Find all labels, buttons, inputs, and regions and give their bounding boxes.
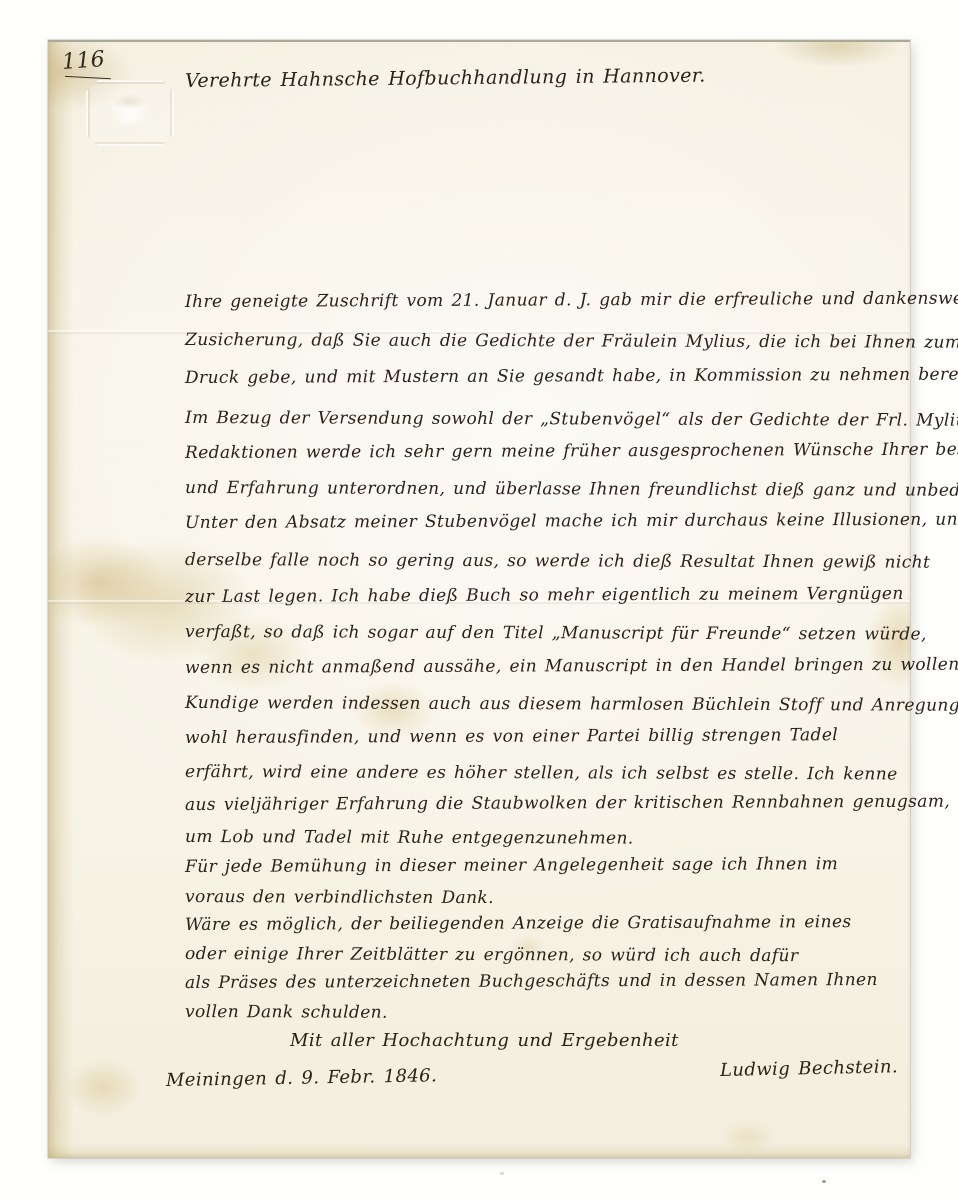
letter-line: Im Bezug der Versendung sowohl der „Stub… bbox=[185, 410, 958, 430]
letter-line: wenn es nicht anmaßend aussähe, ein Manu… bbox=[185, 657, 958, 677]
dust-speck bbox=[500, 1172, 504, 1175]
letter-line: wohl herausfinden, und wenn es von einer… bbox=[185, 727, 838, 747]
letter-line: Ihre geneigte Zuschrift vom 21. Januar d… bbox=[185, 290, 958, 311]
letter-line: Für jede Bemühung in dieser meiner Angel… bbox=[185, 856, 838, 876]
letter-line: vollen Dank schulden. bbox=[185, 1004, 388, 1022]
letter-line: Unter den Absatz meiner Stubenvögel mach… bbox=[185, 512, 958, 532]
signature: Ludwig Bechstein. bbox=[720, 1056, 898, 1081]
letter-line: Zusicherung, daß Sie auch die Gedichte d… bbox=[185, 332, 958, 352]
dust-speck bbox=[822, 1180, 826, 1183]
letter-line: als Präses des unterzeichneten Buchgesch… bbox=[185, 972, 878, 992]
letter-line: Wäre es möglich, der beiliegenden Anzeig… bbox=[185, 914, 852, 934]
embossed-crest-icon bbox=[102, 92, 158, 132]
letter-line: Kundige werden indessen auch aus diesem … bbox=[185, 695, 958, 715]
closing-line: Mit aller Hochachtung und Ergebenheit bbox=[290, 1030, 679, 1051]
letter-line: zur Last legen. Ich habe dieß Buch so me… bbox=[185, 586, 904, 606]
letter-line: Druck gebe, und mit Mustern an Sie gesan… bbox=[185, 366, 958, 387]
recipient-line: Verehrte Hahnsche Hofbuchhandlung in Han… bbox=[185, 65, 706, 92]
page-number: 116 bbox=[61, 47, 106, 75]
letter-page: 116 Verehrte Hahnsche Hofbuchhandlung in… bbox=[48, 40, 910, 1158]
letter-line: erfährt, wird eine andere es höher stell… bbox=[185, 764, 898, 783]
letter-line: derselbe falle noch so gering aus, so we… bbox=[185, 552, 930, 572]
letter-line: aus vieljähriger Erfahrung die Staubwolk… bbox=[185, 794, 950, 814]
letter-line: voraus den verbindlichsten Dank. bbox=[185, 889, 494, 907]
letter-line: verfaßt, so daß ich sogar auf den Titel … bbox=[185, 624, 927, 644]
photo-background: 116 Verehrte Hahnsche Hofbuchhandlung in… bbox=[0, 0, 958, 1200]
embossed-seal bbox=[86, 80, 174, 146]
dateline: Meiningen d. 9. Febr. 1846. bbox=[166, 1065, 438, 1091]
letter-line: oder einige Ihrer Zeitblätter zu ergönne… bbox=[185, 946, 798, 965]
letter-line: um Lob und Tadel mit Ruhe entgegenzunehm… bbox=[185, 829, 634, 848]
letter-line: und Erfahrung unterordnen, und überlasse… bbox=[185, 480, 958, 500]
letter-line: Redaktionen werde ich sehr gern meine fr… bbox=[185, 441, 958, 462]
